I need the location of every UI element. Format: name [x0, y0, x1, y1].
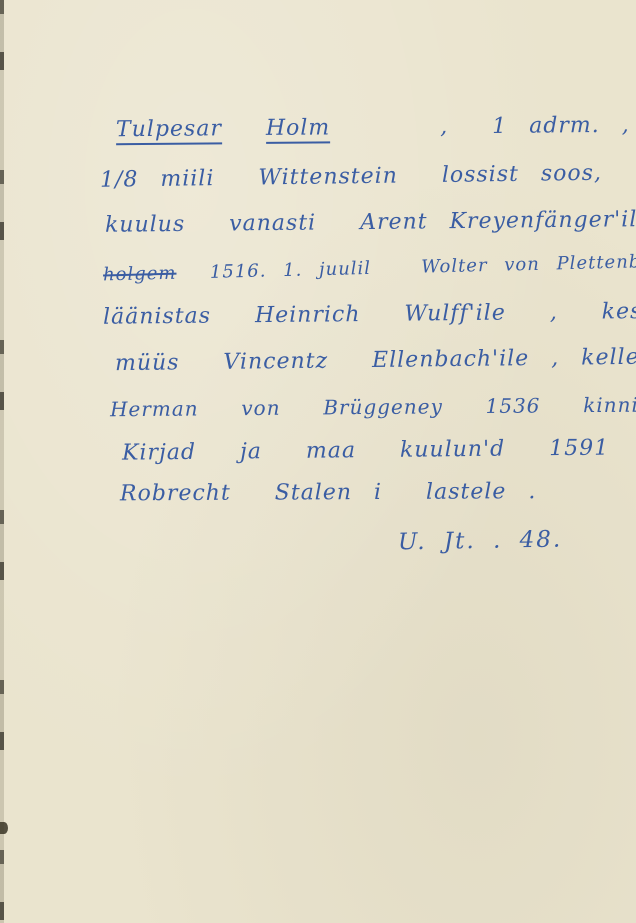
- text-segment: müüs Vincentz Ellenbach'ile , kellele: [115, 344, 636, 376]
- handwritten-line: müüs Vincentz Ellenbach'ile , kellele: [115, 335, 631, 387]
- handwritten-line: 1/8 miili Wittenstein lossist soos,: [100, 150, 631, 203]
- underlined-word: Tulpesar: [116, 116, 222, 145]
- handwritten-line: Kirjad ja maa kuulun'd 1591: [122, 427, 630, 474]
- text-segment: Robrecht Stalen i lastele .: [120, 479, 536, 506]
- underlined-word: Holm: [266, 115, 331, 144]
- text-segment: Herman von Brüggeney 1536 kinnitas.: [110, 392, 636, 421]
- text-segment: [222, 116, 266, 141]
- handwritten-line: läänistas Heinrich Wulff'ile , kes: [103, 289, 630, 341]
- scan-edge-shadow: [0, 0, 4, 923]
- edge-speck: [0, 822, 8, 834]
- handwritten-text-block: Tulpesar Holm , 1 adrm. , umb.1/8 miili …: [100, 102, 630, 514]
- text-segment: kuulus vanasti Arent Kreyenfänger'ile,: [105, 207, 636, 238]
- handwritten-line: Robrecht Stalen i lastele .: [120, 471, 630, 516]
- scanned-page: Tulpesar Holm , 1 adrm. , umb.1/8 miili …: [0, 0, 636, 923]
- handwritten-line: Herman von Brüggeney 1536 kinnitas.: [110, 382, 630, 433]
- text-segment: läänistas Heinrich Wulff'ile , kes: [103, 299, 636, 330]
- struck-out-word: holgem: [103, 263, 177, 286]
- signature: U. Jt. . 48.: [398, 527, 563, 556]
- text-segment: 1516. 1. juulil Wolter von Plettenberg: [176, 250, 636, 283]
- text-segment: 1/8 miili Wittenstein lossist soos,: [100, 161, 602, 193]
- text-segment: Kirjad ja maa kuulun'd 1591: [122, 436, 609, 466]
- text-segment: , 1 adrm. , umb.: [330, 112, 636, 141]
- handwritten-line: Tulpesar Holm , 1 adrm. , umb.: [116, 100, 630, 156]
